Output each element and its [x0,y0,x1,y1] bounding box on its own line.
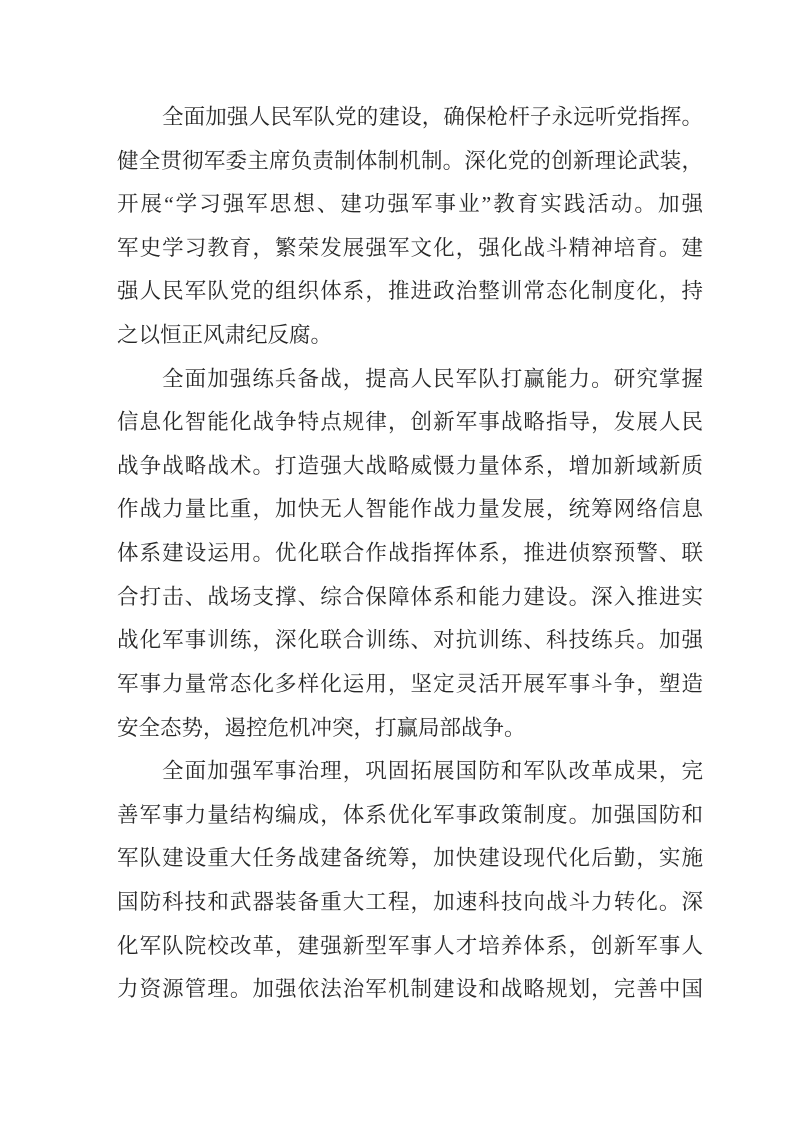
page: 全面加强人民军队党的建设，确保枪杆子永远听党指挥。 健全贯彻军委主席负责制体制机… [0,0,800,1131]
text-line: 战化军事训练，深化联合训练、对抗训练、科技练兵。加强 [117,619,703,663]
text-line: 军事力量常态化多样化运用，坚定灵活开展军事斗争，塑造 [117,663,703,707]
text-line: 之以恒正风肃纪反腐。 [117,314,703,358]
text-line: 力资源管理。加强依法治军机制建设和战略规划，完善中国 [117,968,703,1012]
text-line: 合打击、战场支撑、综合保障体系和能力建设。深入推进实 [117,576,703,620]
text-line: 健全贯彻军委主席负责制体制机制。深化党的创新理论武装， [117,140,703,184]
text-line: 国防科技和武器装备重大工程，加速科技向战斗力转化。深 [117,881,703,925]
paragraph-2: 全面加强练兵备战，提高人民军队打赢能力。研究掌握 信息化智能化战争特点规律，创新… [117,358,703,750]
text-line: 战争战略战术。打造强大战略威慑力量体系，增加新域新质 [117,445,703,489]
text-line: 开展“学习强军思想、建功强军事业”教育实践活动。加强 [117,183,703,227]
paragraph-1: 全面加强人民军队党的建设，确保枪杆子永远听党指挥。 健全贯彻军委主席负责制体制机… [117,96,703,358]
text-line: 全面加强军事治理，巩固拓展国防和军队改革成果，完 [117,750,703,794]
text-line: 化军队院校改革，建强新型军事人才培养体系，创新军事人 [117,925,703,969]
text-line: 全面加强练兵备战，提高人民军队打赢能力。研究掌握 [117,358,703,402]
text-line: 军史学习教育，繁荣发展强军文化，强化战斗精神培育。建 [117,227,703,271]
text-line: 体系建设运用。优化联合作战指挥体系，推进侦察预警、联 [117,532,703,576]
paragraph-3: 全面加强军事治理，巩固拓展国防和军队改革成果，完 善军事力量结构编成，体系优化军… [117,750,703,1012]
text-line: 安全态势，遏控危机冲突，打赢局部战争。 [117,707,703,751]
text-line: 强人民军队党的组织体系，推进政治整训常态化制度化，持 [117,270,703,314]
text-line: 信息化智能化战争特点规律，创新军事战略指导，发展人民 [117,401,703,445]
text-line: 作战力量比重，加快无人智能作战力量发展，统筹网络信息 [117,488,703,532]
document-page: { "page": { "background_color": "#ffffff… [0,0,800,1131]
text-line: 军队建设重大任务战建备统筹，加快建设现代化后勤，实施 [117,837,703,881]
text-block: 全面加强人民军队党的建设，确保枪杆子永远听党指挥。 健全贯彻军委主席负责制体制机… [117,96,703,1012]
text-line: 善军事力量结构编成，体系优化军事政策制度。加强国防和 [117,794,703,838]
text-line: 全面加强人民军队党的建设，确保枪杆子永远听党指挥。 [117,96,703,140]
